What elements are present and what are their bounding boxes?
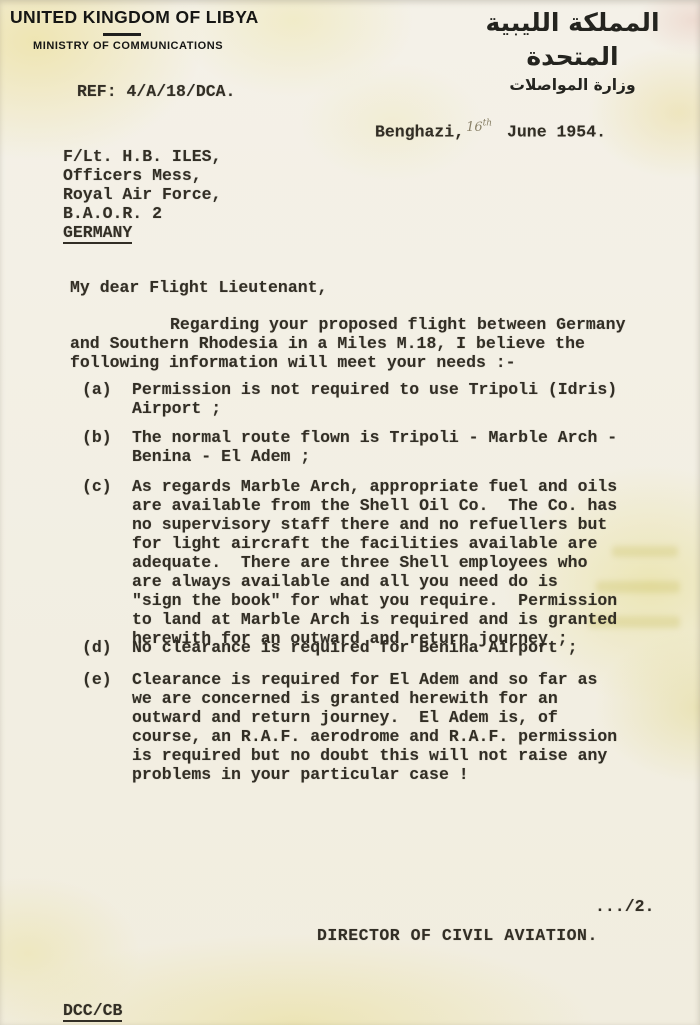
handwritten-day: 16th — [466, 120, 492, 135]
dateline-city: Benghazi, — [375, 122, 464, 141]
item-label: (a) — [82, 380, 132, 418]
list-item-e: (e) Clearance is required for El Adem an… — [82, 670, 644, 784]
recipient-address-lines: F/Lt. H.B. ILES, Officers Mess, Royal Ai… — [63, 147, 221, 223]
list-item-a: (a) Permission is not required to use Tr… — [82, 380, 644, 418]
item-label: (e) — [82, 670, 132, 784]
typist-initials-text: DCC/CB — [63, 1001, 122, 1022]
item-text: The normal route flown is Tripoli - Marb… — [132, 428, 644, 466]
recipient-country: GERMANY — [63, 223, 132, 244]
arabic-kingdom-title: المملكة الليبية المتحدة — [455, 6, 690, 74]
letterhead-ministry: MINISTRY OF COMMUNICATIONS — [33, 40, 223, 52]
item-text: Clearance is required for El Adem and so… — [132, 670, 644, 784]
typist-initials: DCC/CB — [63, 1001, 122, 1022]
item-text: Permission is not required to use Tripol… — [132, 380, 644, 418]
continuation-mark: .../2. — [595, 897, 654, 916]
letterhead-country: UNITED KINGDOM OF LIBYA — [10, 7, 259, 28]
list-item-d: (d) No clearance is required for Benina … — [82, 638, 644, 657]
item-text: As regards Marble Arch, appropriate fuel… — [132, 477, 644, 648]
dateline: Benghazi,16th June 1954. — [375, 120, 606, 142]
intro-paragraph: Regarding your proposed flight between G… — [70, 315, 630, 372]
signature-title: DIRECTOR OF CIVIL AVIATION. — [317, 926, 598, 945]
item-label: (c) — [82, 477, 132, 648]
item-label: (d) — [82, 638, 132, 657]
dateline-month-year: June 1954. — [497, 122, 606, 141]
list-item-c: (c) As regards Marble Arch, appropriate … — [82, 477, 644, 648]
salutation: My dear Flight Lieutenant, — [70, 278, 327, 297]
item-label: (b) — [82, 428, 132, 466]
reference-number: REF: 4/A/18/DCA. — [77, 82, 235, 101]
letterhead-divider — [103, 33, 141, 36]
item-text: No clearance is required for Benina Airp… — [132, 638, 644, 657]
letterhead-arabic: المملكة الليبية المتحدة وزارة المواصلات — [455, 6, 690, 96]
recipient-address: F/Lt. H.B. ILES, Officers Mess, Royal Ai… — [63, 147, 221, 244]
letter-page: UNITED KINGDOM OF LIBYA MINISTRY OF COMM… — [0, 0, 700, 1025]
list-item-b: (b) The normal route flown is Tripoli - … — [82, 428, 644, 466]
arabic-ministry-title: وزارة المواصلات — [455, 74, 690, 96]
